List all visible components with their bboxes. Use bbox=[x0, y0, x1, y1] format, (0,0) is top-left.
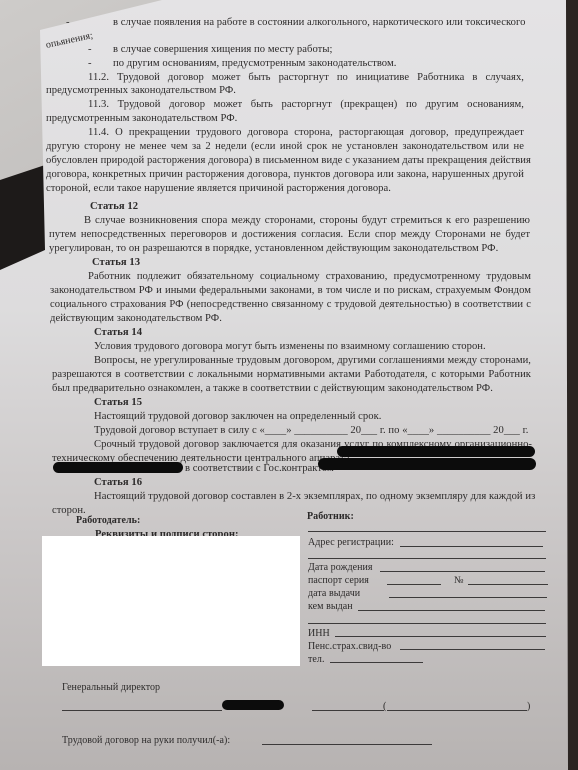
issued-by-label: кем выдан bbox=[308, 600, 353, 613]
article-12-line: урегулирован, то он разрешаются в порядк… bbox=[49, 242, 498, 255]
employer-label: Работодатель: bbox=[76, 514, 140, 527]
clause-11-4-line: 11.4. О прекращении трудового договора с… bbox=[88, 126, 524, 139]
employee-signature-field[interactable] bbox=[312, 710, 384, 711]
employee-name-field[interactable] bbox=[308, 531, 546, 532]
bullet-text: по другим основаниям, предусмотренным за… bbox=[113, 57, 396, 70]
clause-11-2-cont: предусмотренных законодательством РФ. bbox=[46, 84, 236, 97]
article-15-line: Настоящий трудовой договор заключен на о… bbox=[94, 410, 382, 423]
bullet-marker: - bbox=[66, 16, 70, 29]
redaction-bar bbox=[53, 462, 183, 473]
phone-field[interactable] bbox=[330, 662, 423, 663]
passport-number-field[interactable] bbox=[468, 584, 548, 585]
passport-series-field[interactable] bbox=[387, 584, 441, 585]
clause-11-4-line: договора, конкретных причин расторжения … bbox=[46, 168, 524, 181]
article-13-heading: Статья 13 bbox=[92, 256, 140, 269]
article-12-heading: Статья 12 bbox=[90, 200, 138, 213]
clause-11-4-line: другую сторону не менее чем за 2 недели … bbox=[46, 140, 524, 153]
article-13-line: Работник подлежит обязательному социальн… bbox=[88, 270, 531, 283]
clause-11-3: 11.3. Трудовой договор может быть растор… bbox=[88, 98, 524, 111]
article-14-line: был предварительно ознакомлен, а также в… bbox=[52, 382, 493, 395]
bullet-text: в случае совершения хищения по месту раб… bbox=[113, 43, 333, 56]
pension-field[interactable] bbox=[400, 649, 545, 650]
issued-by-field[interactable] bbox=[358, 610, 545, 611]
issue-date-label: дата выдачи bbox=[308, 587, 360, 600]
article-14-line: Условия трудового договора могут быть из… bbox=[94, 340, 486, 353]
paren-close: ) bbox=[527, 700, 530, 713]
issued-by-field-2[interactable] bbox=[308, 623, 546, 624]
employee-name-transcript-field[interactable] bbox=[387, 710, 527, 711]
article-12-line: В случае возникновения спора между сторо… bbox=[84, 214, 530, 227]
received-signature-field[interactable] bbox=[262, 744, 432, 745]
pension-label: Пенс.страх.свид-во bbox=[308, 640, 391, 653]
article-15-line: в соответствии с Гос.контрактом bbox=[185, 462, 334, 475]
article-16-line: Настоящий трудовой договор составлен в 2… bbox=[94, 490, 535, 503]
clause-11-3-cont: предусмотренным законодательством РФ. bbox=[46, 112, 237, 125]
address-field-2[interactable] bbox=[308, 558, 546, 559]
redaction-bar bbox=[337, 446, 535, 457]
bullet-text: в случае появления на работе в состоянии… bbox=[113, 16, 525, 29]
clause-11-2: 11.2. Трудовой договор может быть растор… bbox=[88, 71, 524, 84]
article-13-line: законодательством РФ и иными федеральным… bbox=[50, 284, 531, 297]
article-14-heading: Статья 14 bbox=[94, 326, 142, 339]
passport-series-label: паспорт серия bbox=[308, 574, 369, 587]
employee-label: Работник: bbox=[307, 510, 354, 523]
bullet-marker: - bbox=[88, 43, 92, 56]
issue-date-field[interactable] bbox=[389, 597, 547, 598]
inn-field[interactable] bbox=[335, 636, 546, 637]
passport-number-label: № bbox=[454, 574, 464, 587]
article-12-line: путем непосредственных переговоров и дос… bbox=[49, 228, 530, 241]
address-field[interactable] bbox=[400, 546, 543, 547]
article-15-term-line: Трудовой договор вступает в силу с «____… bbox=[94, 424, 528, 437]
article-15-heading: Статья 15 bbox=[94, 396, 142, 409]
director-title: Генеральный директор bbox=[62, 681, 160, 694]
article-16-heading: Статья 16 bbox=[94, 476, 142, 489]
article-13-line: действующим законодательством РФ. bbox=[50, 312, 222, 325]
director-signature-field[interactable] bbox=[62, 710, 222, 711]
address-label: Адрес регистрации: bbox=[308, 536, 394, 549]
article-14-line: разрешаются в соответствии с локальными … bbox=[52, 368, 531, 381]
employer-details-redacted bbox=[42, 536, 300, 666]
birth-date-label: Дата рождения bbox=[308, 561, 373, 574]
inn-label: ИНН bbox=[308, 627, 330, 640]
clause-11-4-line: обусловлен природой расторжения договора… bbox=[46, 154, 524, 167]
phone-label: тел. bbox=[308, 653, 325, 666]
bullet-marker: - bbox=[88, 57, 92, 70]
clause-11-4-line: стороной, если такое нарушение является … bbox=[46, 182, 391, 195]
article-14-line: Вопросы, не урегулированные трудовым дог… bbox=[94, 354, 531, 367]
redaction-bar bbox=[222, 700, 284, 710]
received-label: Трудовой договор на руки получил(-а): bbox=[62, 734, 230, 747]
paren-open: ( bbox=[383, 700, 386, 713]
redaction-bar bbox=[318, 458, 536, 470]
birth-date-field[interactable] bbox=[380, 571, 545, 572]
article-13-line: социального страхования РФ (непосредстве… bbox=[50, 298, 531, 311]
